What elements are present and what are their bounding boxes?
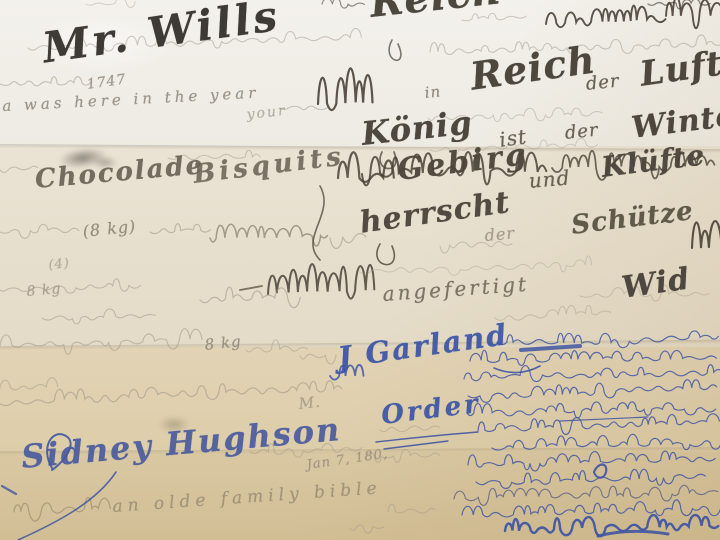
ink-flourish bbox=[389, 40, 401, 60]
illegible-script-line bbox=[280, 106, 327, 110]
ink-flourish bbox=[594, 465, 606, 478]
illegible-script-line bbox=[0, 381, 342, 406]
illegible-script-line bbox=[692, 221, 720, 248]
ink-flourish bbox=[2, 486, 16, 494]
illegible-script-line bbox=[350, 525, 384, 533]
illegible-script-line bbox=[388, 504, 435, 513]
ink-flourish bbox=[598, 531, 668, 536]
illegible-script-line bbox=[318, 68, 372, 110]
illegible-script-line bbox=[0, 329, 202, 355]
illegible-script-line bbox=[300, 354, 336, 364]
handwriting-in-small: in bbox=[424, 84, 442, 101]
illegible-script-line bbox=[210, 224, 327, 246]
illegible-script-line bbox=[322, 0, 364, 8]
illegible-script-line bbox=[467, 402, 716, 418]
handwriting-luft: Luft bbox=[638, 46, 720, 91]
illegible-script-line bbox=[464, 365, 720, 382]
illegible-script-line bbox=[470, 350, 717, 365]
illegible-script-line bbox=[0, 279, 141, 293]
illegible-script-line bbox=[495, 305, 611, 320]
illegible-script-line bbox=[546, 6, 666, 28]
illegible-script-line bbox=[150, 224, 210, 234]
manuscript-photo: Mr. Wills1747a was here in the yearyourR… bbox=[0, 0, 720, 540]
illegible-script-line bbox=[0, 77, 91, 86]
handwriting-der-1: der bbox=[585, 72, 620, 93]
illegible-script-line bbox=[478, 414, 719, 435]
illegible-script-line bbox=[86, 0, 135, 7]
handwriting-kg-8-left: 8 kg bbox=[26, 282, 62, 299]
illegible-script-line bbox=[476, 469, 705, 488]
ink-flourish bbox=[240, 286, 262, 290]
ink-flourish bbox=[494, 366, 540, 373]
handwriting-m-faint: M. bbox=[298, 395, 322, 412]
illegible-script-line bbox=[492, 434, 720, 450]
illegible-script-line bbox=[0, 224, 79, 238]
ink-flourish bbox=[521, 346, 580, 350]
handwriting-kg-8-mid: 8 kg bbox=[204, 334, 242, 353]
illegible-script-line bbox=[0, 378, 58, 390]
illegible-script-line bbox=[42, 309, 155, 324]
handwriting-der-2: der bbox=[564, 121, 599, 142]
illegible-script-line bbox=[200, 287, 300, 307]
handwriting-und: und bbox=[528, 167, 571, 191]
illegible-script-line bbox=[666, 0, 720, 28]
illegible-script-line bbox=[462, 500, 720, 517]
ink-flourish bbox=[384, 441, 448, 449]
illegible-script-line bbox=[468, 451, 715, 471]
handwriting-your-faint: your bbox=[246, 104, 287, 122]
illegible-script-line bbox=[0, 166, 38, 172]
illegible-script-line bbox=[497, 331, 718, 348]
ink-flourish bbox=[18, 472, 116, 540]
illegible-script-line bbox=[330, 233, 366, 248]
handwriting-paren-4: (4) bbox=[48, 257, 70, 272]
handwriting-der-3: der bbox=[484, 225, 516, 244]
ink-flourish bbox=[376, 432, 478, 442]
ink-flourish bbox=[377, 244, 395, 265]
illegible-script-line bbox=[268, 264, 374, 299]
illegible-script-line bbox=[454, 485, 718, 505]
illegible-script-line bbox=[246, 340, 307, 352]
ink-flourish bbox=[313, 186, 324, 260]
illegible-script-line bbox=[468, 380, 717, 403]
